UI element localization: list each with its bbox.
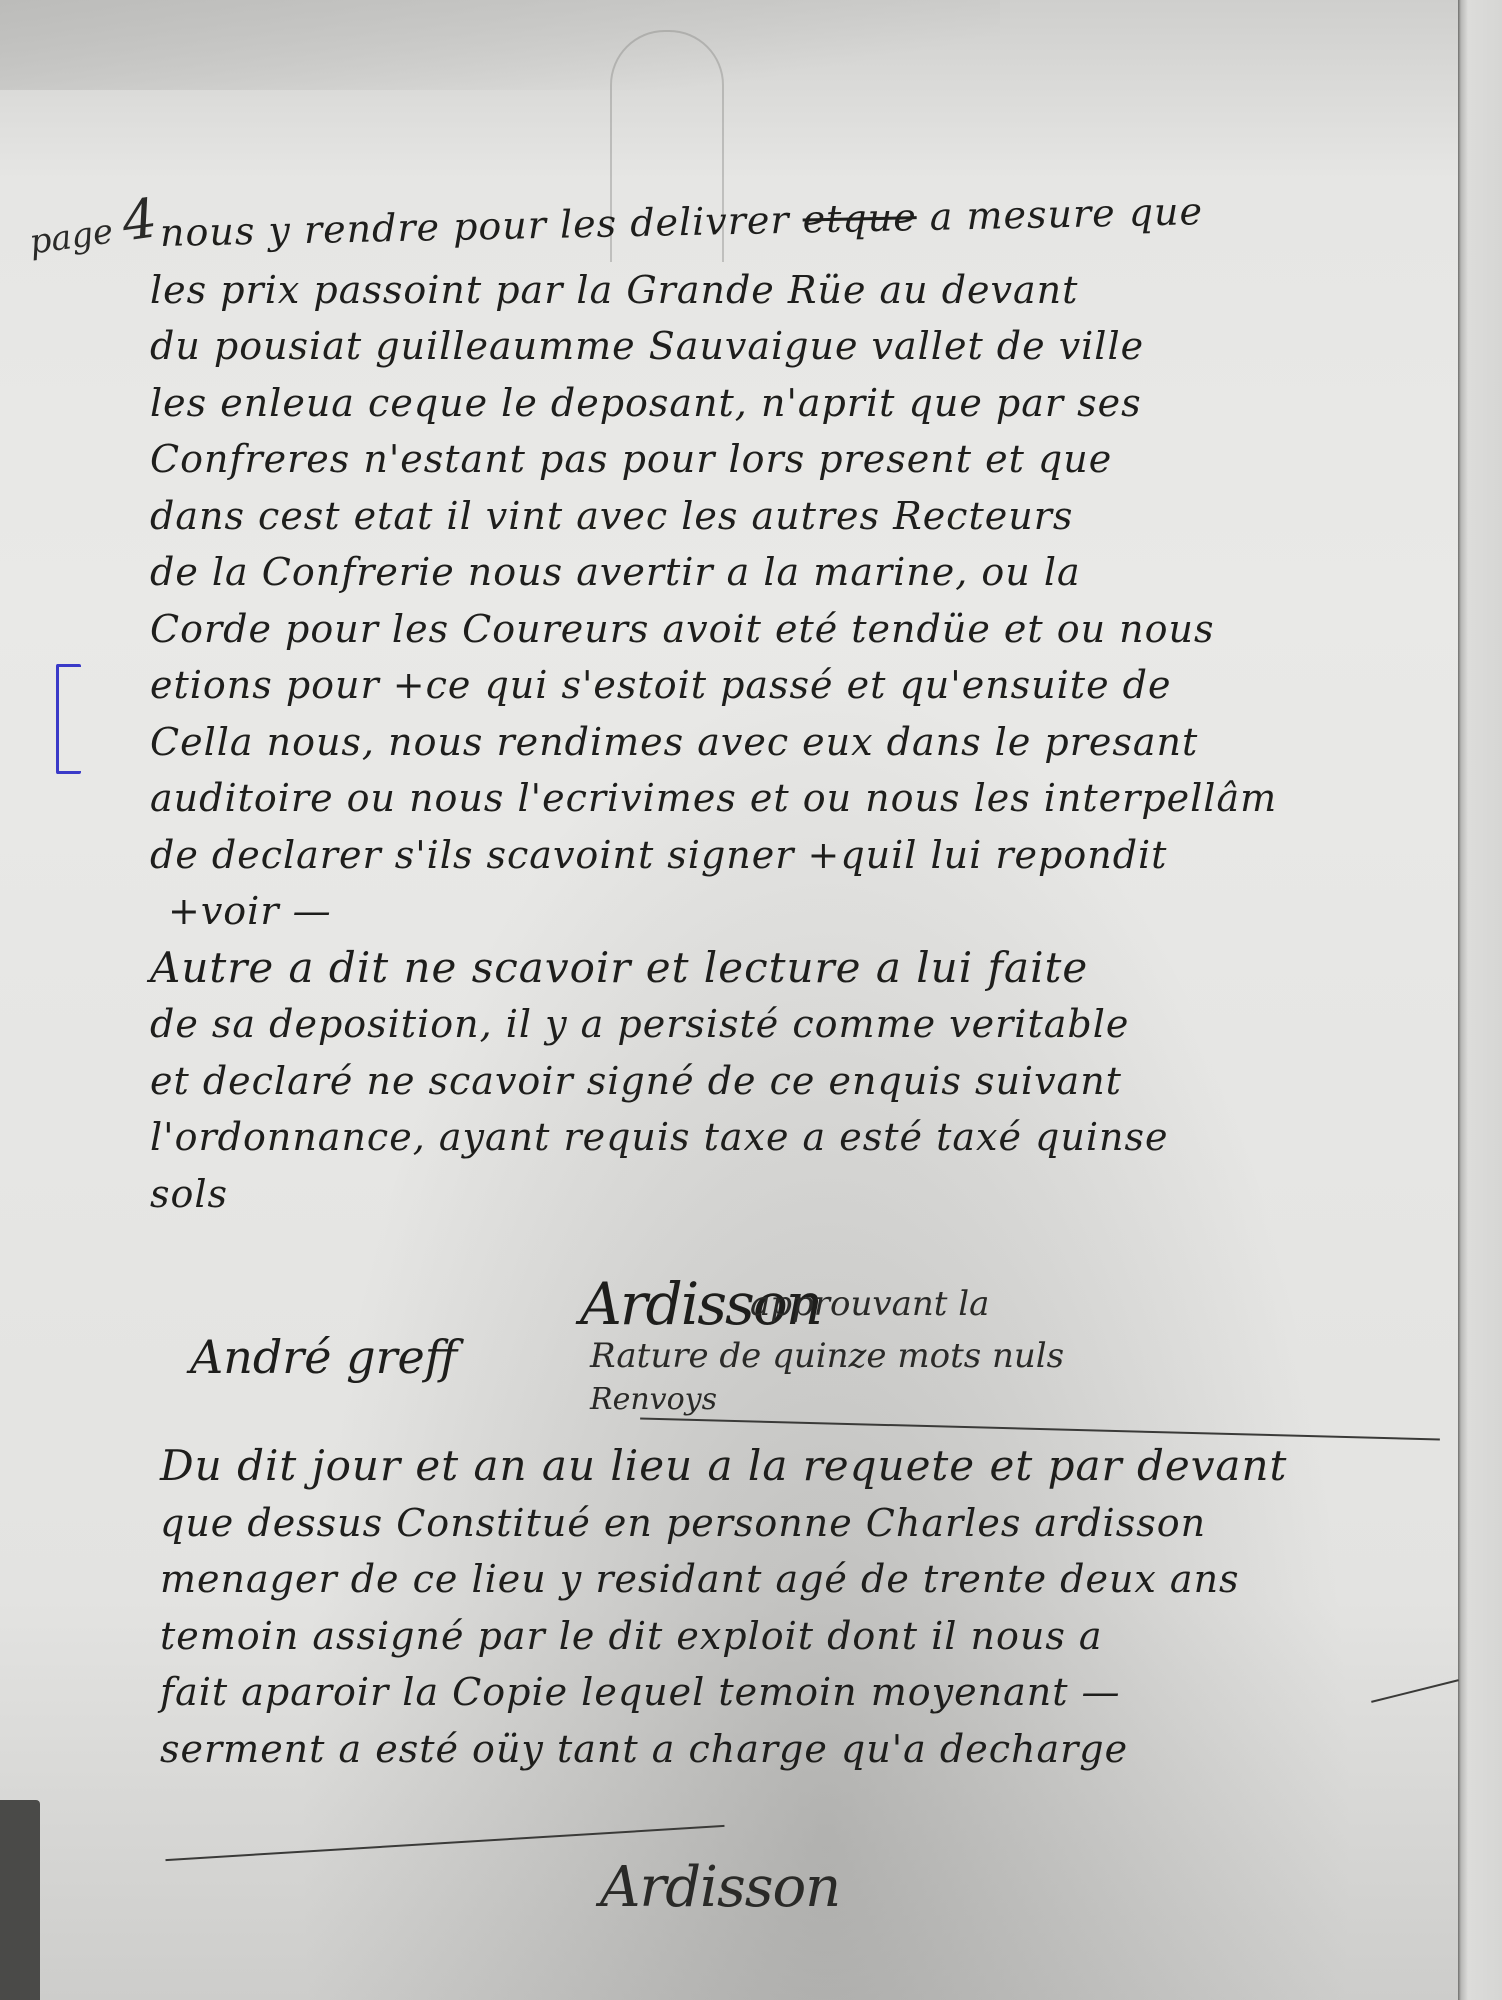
manuscript-line: Du dit jour et an au lieu a la requete e… — [160, 1438, 1460, 1495]
manuscript-line: Corde pour les Coureurs avoit eté tendüe… — [150, 601, 1460, 658]
manuscript-line: du pousiat guilleaumme Sauvaigue vallet … — [150, 318, 1460, 375]
manuscript-line: Cella nous, nous rendimes avec eux dans … — [150, 714, 1460, 771]
struck-word: etque — [802, 195, 917, 241]
manuscript-line: et declaré ne scavoir signé de ce enquis… — [150, 1053, 1460, 1110]
manuscript-line: auditoire ou nous l'ecrivimes et ou nous… — [150, 770, 1460, 827]
manuscript-line: etions pour +ce qui s'estoit passé et qu… — [150, 657, 1460, 714]
margin-bracket-mark — [56, 664, 81, 774]
manuscript-line: de declarer s'ils scavoint signer +quil … — [150, 827, 1460, 884]
manuscript-line: fait aparoir la Copie lequel temoin moye… — [160, 1664, 1460, 1721]
manuscript-line: les enleua ceque le deposant, n'aprit qu… — [150, 375, 1460, 432]
line-text: a mesure que — [929, 189, 1203, 239]
line-text: nous y rendre pour les delivrer — [160, 198, 790, 255]
deposition-1-text: nous y rendre pour les delivrer etque a … — [150, 205, 1460, 1222]
renvoys-note: Renvoys — [590, 1382, 717, 1417]
manuscript-line: sols — [150, 1166, 1460, 1223]
manuscript-line: l'ordonnance, ayant requis taxe a esté t… — [150, 1109, 1460, 1166]
manuscript-line: dans cest etat il vint avec les autres R… — [150, 488, 1460, 545]
manuscript-line: de sa deposition, il y a persisté comme … — [150, 996, 1460, 1053]
adjacent-page-edge — [1458, 0, 1502, 2000]
manuscript-line: Confreres n'estant pas pour lors present… — [150, 431, 1460, 488]
manuscript-line: +voir — — [168, 883, 1460, 940]
manuscript-line: que dessus Constitué en personne Charles… — [160, 1495, 1460, 1552]
signature-block: André greff Ardisson approuvant la Ratur… — [190, 1270, 1440, 1420]
approval-note: approuvant la — [750, 1284, 989, 1324]
manuscript-line: de la Confrerie nous avertir a la marine… — [150, 544, 1460, 601]
manuscript-line: menager de ce lieu y residant agé de tre… — [160, 1551, 1460, 1608]
manuscript-line: serment a esté oüy tant a charge qu'a de… — [160, 1721, 1460, 1778]
page-label-text: page — [27, 211, 116, 262]
paper-fold-shadow — [0, 0, 1000, 90]
manuscript-line: les prix passoint par la Grande Rüe au d… — [150, 262, 1460, 319]
manuscript-line: Autre a dit ne scavoir et lecture a lui … — [150, 940, 1460, 997]
manuscript-line: temoin assigné par le dit exploit dont i… — [160, 1608, 1460, 1665]
final-witness-signature: Ardisson — [600, 1855, 840, 1920]
clerk-signature: André greff — [190, 1330, 457, 1384]
erasure-note: Rature de quinze mots nuls — [590, 1336, 1064, 1376]
deposition-2-text: Du dit jour et an au lieu a la requete e… — [160, 1438, 1460, 1777]
binding-tab — [0, 1800, 40, 2000]
